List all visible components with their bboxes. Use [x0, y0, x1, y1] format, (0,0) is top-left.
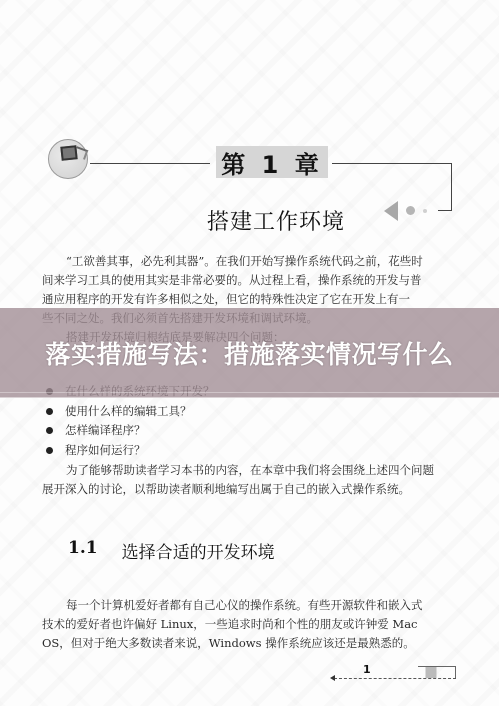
section-heading: 1.1 选择合适的开发环境	[68, 538, 275, 563]
bullet-icon	[46, 447, 53, 454]
chapter-label: 第 1 章	[216, 146, 328, 178]
section-line-1: 每一个计算机爱好者都有自己心仪的操作系统。有些开源软件和嵌入式	[66, 598, 423, 612]
header-bracket-bottom	[438, 210, 452, 211]
header-rule-right	[332, 163, 452, 164]
intro-line-3: 通应用程序的开发有许多相似之处，但它的特殊性决定了它在开发上有一	[42, 290, 460, 309]
dot-icon	[406, 206, 415, 215]
summary-line-2: 展开深入的讨论，以帮助读者顺利地编写出属于自己的嵌入式操作系统。	[42, 480, 460, 499]
header-rule-left	[90, 163, 210, 164]
chapter-title: 搭建工作环境	[207, 205, 345, 236]
intro-line-1: “工欲善其事，必先利其器”。在我们开始写操作系统代码之前，花些时	[66, 254, 423, 268]
page-number: 1	[363, 663, 371, 676]
section-line-3: OS，但对于绝大多数读者来说，Windows 操作系统应该还是最熟悉的。	[42, 634, 460, 653]
small-dot-icon	[423, 209, 427, 213]
section-line-2: 技术的爱好者也许偏好 Linux，一些追求时尚和个性的朋友或许钟爱 Mac	[42, 615, 460, 634]
title-banner: 落实措施写法：措施落实情况写什么	[0, 308, 499, 398]
summary-line-1: 为了能够帮助读者学习本书的内容，在本章中我们将会围绕上述四个问题	[66, 463, 434, 477]
list-item: 使用什么样的编辑工具？	[44, 402, 444, 422]
banner-title: 落实措施写法：措施落实情况写什么	[45, 335, 453, 371]
list-item: 程序如何运行？	[44, 441, 444, 461]
section-paragraph: 每一个计算机爱好者都有自己心仪的操作系统。有些开源软件和嵌入式 技术的爱好者也许…	[42, 596, 460, 653]
bullet-icon	[46, 408, 53, 415]
section-title: 选择合适的开发环境	[122, 538, 275, 563]
bullet-icon	[46, 427, 53, 434]
arrow-triangle-icon	[384, 201, 398, 221]
intro-line-2: 间来学习工具的使用其实是非常必要的。从过程上看，操作系统的开发与普	[42, 271, 460, 290]
document-page: 第 1 章 搭建工作环境 “工欲善其事，必先利其器”。在我们开始写操作系统代码之…	[0, 0, 499, 706]
summary-paragraph: 为了能够帮助读者学习本书的内容，在本章中我们将会围绕上述四个问题 展开深入的讨论…	[42, 461, 460, 499]
footer-dashed-rule	[334, 678, 456, 679]
section-number: 1.1	[68, 538, 98, 563]
chapter-emblem-icon	[48, 139, 88, 179]
footer-arrow-icon	[330, 675, 335, 681]
footer-tab-decoration	[418, 666, 456, 678]
list-item: 怎样编译程序？	[44, 421, 444, 441]
header-bracket-vertical	[451, 163, 452, 210]
